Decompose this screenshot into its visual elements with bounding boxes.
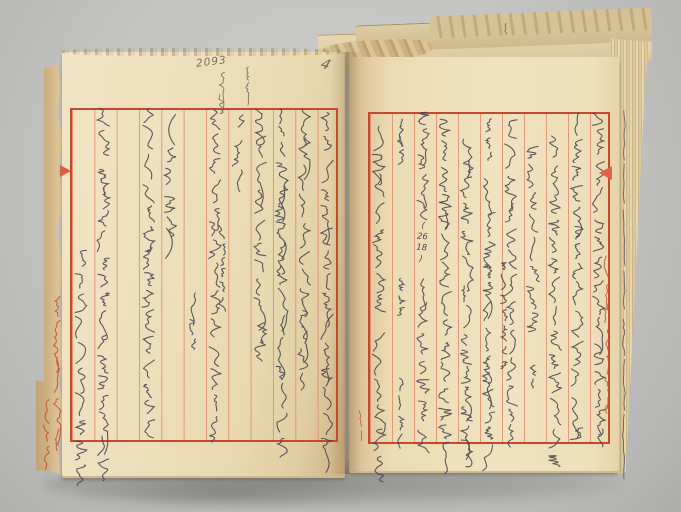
right-page-column-rules <box>370 114 608 442</box>
red-index-tab-right-page <box>599 166 612 180</box>
manuscript-photo: 2093 4 ( 26 18 ) <box>0 0 681 512</box>
left-page-red-frame <box>70 108 338 442</box>
left-page-column-rules <box>72 110 336 440</box>
red-index-tab-left-edge <box>60 165 71 177</box>
inline-ref-close-paren: ) <box>411 253 430 265</box>
book-shadow-left <box>70 478 370 508</box>
left-page-torn-top-edge <box>62 48 345 56</box>
inline-reference-numbers: ( 26 18 ) <box>411 220 432 265</box>
right-page-red-frame <box>368 112 610 444</box>
